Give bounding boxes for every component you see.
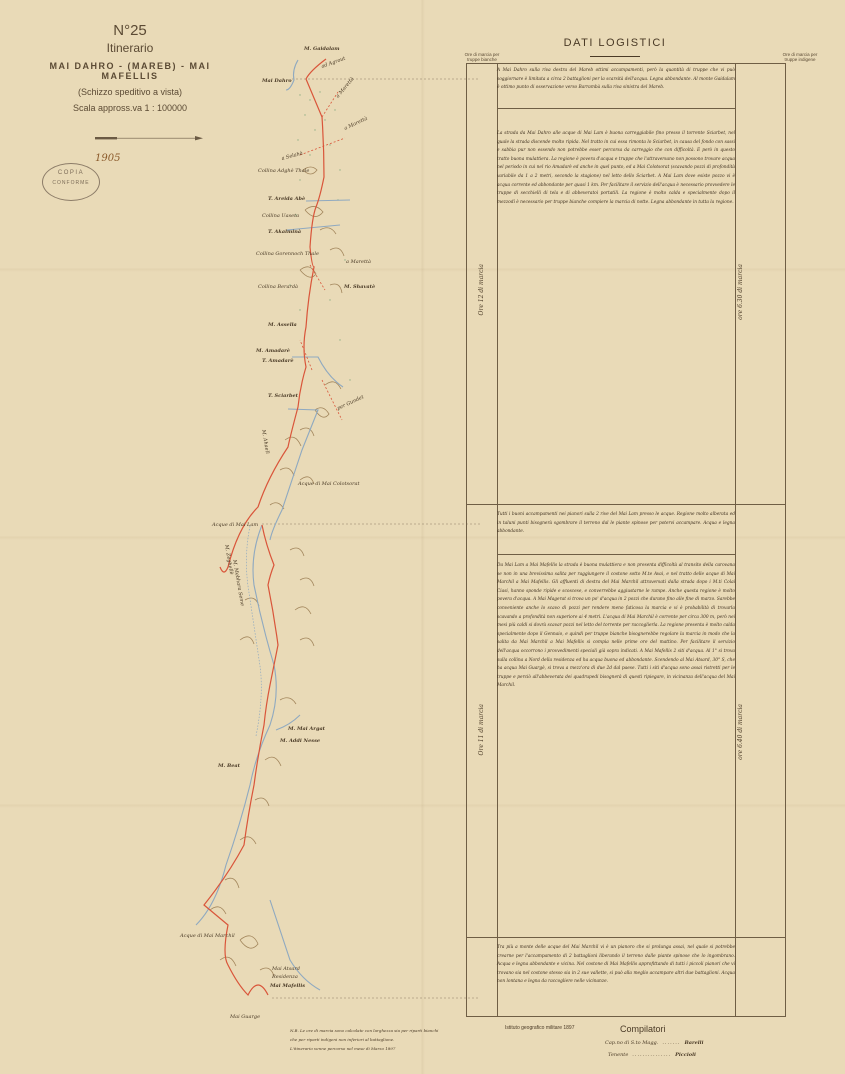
label-a-mareta-2: a Marettà	[343, 115, 369, 132]
logistics-section-3: Tutti i buoni accampamenti nei pianori s…	[497, 511, 735, 537]
label-residenza: Residenza	[271, 974, 298, 980]
compilers-title: Compilatori	[620, 1024, 666, 1034]
label-acque-mai-lam: Acque di Mai Lam	[211, 522, 258, 528]
right-time-2: ore 6.40 di marcia	[737, 704, 744, 760]
label-mai-atsard: Mai Atsard	[271, 966, 300, 972]
map-drawing: M. Gaidalam ad Agrout Mai Dahro a Marett…	[170, 30, 480, 1030]
left-column-header: Ore di marcia per truppe bianche	[464, 52, 500, 62]
logistics-section-4: Da Mai Lam a Mai Mafellis la strada è bu…	[497, 562, 735, 691]
compiler-row-2: Tenente...............Piccioli	[608, 1052, 696, 1058]
label-collina-gorennoch: Collina Gorennoch Thale	[256, 251, 319, 257]
label-mai-mafellis: Mai Mafellis	[269, 983, 305, 989]
label-collina-uaseta: Collina Uaseta	[262, 213, 299, 219]
label-mai-guarge: Mai Guarge	[229, 1014, 260, 1020]
label-t-amadare: T. Amadarè	[262, 357, 294, 364]
label-m-ahaeli: M. Ahaelì	[260, 428, 271, 454]
label-m-beat: M. Beat	[217, 763, 241, 769]
label-m-addi-nesse: M. Addi Nesse	[279, 738, 320, 744]
compiler-row-1: Cap.no di S.to Magg........Barelli	[605, 1040, 703, 1046]
label-acque-mai-colotsorat: Acque di Mai Colotsorat	[297, 481, 360, 487]
label-a-mareta-3: a Marettà	[346, 258, 371, 265]
label-collina-berarda: Collina Berardà	[258, 283, 298, 290]
label-t-akalmina: T. Akalminà	[268, 228, 301, 235]
left-time-2: Ore 11 di marcia	[478, 704, 485, 755]
label-collina-adghe-thale: Collina Adghè Thale	[258, 167, 309, 174]
logistics-section-5: Tra più a monte delle acque del Mai Marc…	[497, 944, 735, 987]
label-t-sciarbet: T. Sciarbet	[268, 393, 299, 399]
title-rule	[590, 56, 640, 57]
right-time-1: ore 6.30 di marcia	[737, 264, 744, 320]
label-m-mai-argat: M. Mai Argat	[287, 726, 326, 732]
label-a-selaha: a Selahà	[281, 150, 304, 162]
label-t-areida: T. Areida Abè	[268, 195, 305, 202]
map-sheet: N°25 Itinerario MAI DAHRO - (MAREB) - MA…	[0, 0, 845, 1074]
logistics-title: DATI LOGISTICI	[560, 37, 670, 49]
route-map: M. Gaidalam ad Agrout Mai Dahro a Marett…	[170, 30, 480, 1030]
label-acque-mai-marchil: Acque di Mai Marchil	[179, 933, 235, 939]
logistics-section-2: La strada da Mai Dahro alle acque di Mai…	[497, 130, 735, 207]
label-m-shavate: M. Shavatè	[343, 283, 375, 290]
label-per-gundet: per Gundet	[336, 394, 365, 412]
logistics-section-1: A Mai Dahro sulla riva destra del Mareb …	[497, 67, 735, 93]
handwritten-year: 1905	[95, 153, 120, 164]
label-m-assella: M. Assella	[267, 322, 297, 328]
label-m-gaidalam: M. Gaidalam	[303, 46, 340, 52]
right-column-header: Ore di marcia per truppe indigene	[780, 52, 820, 62]
label-ad-agrout: ad Agrout	[321, 55, 348, 70]
logistics-table: A Mai Dahro sulla riva destra del Mareb …	[466, 63, 786, 1017]
copy-stamp: COPIA CONFORME	[42, 163, 100, 201]
publisher-label: Istituto geografico militare 1897	[505, 1025, 574, 1031]
label-m-mebhara: M. Mebhara Seme	[231, 558, 245, 606]
footnote: N.B. Le ore di marcia sono calcolate con…	[290, 1026, 470, 1053]
left-time-1: Ore 12 di marcia	[478, 264, 485, 315]
label-m-amadare: M. Amadarè	[255, 347, 290, 354]
label-mai-dahro: Mai Dahro	[261, 78, 292, 84]
